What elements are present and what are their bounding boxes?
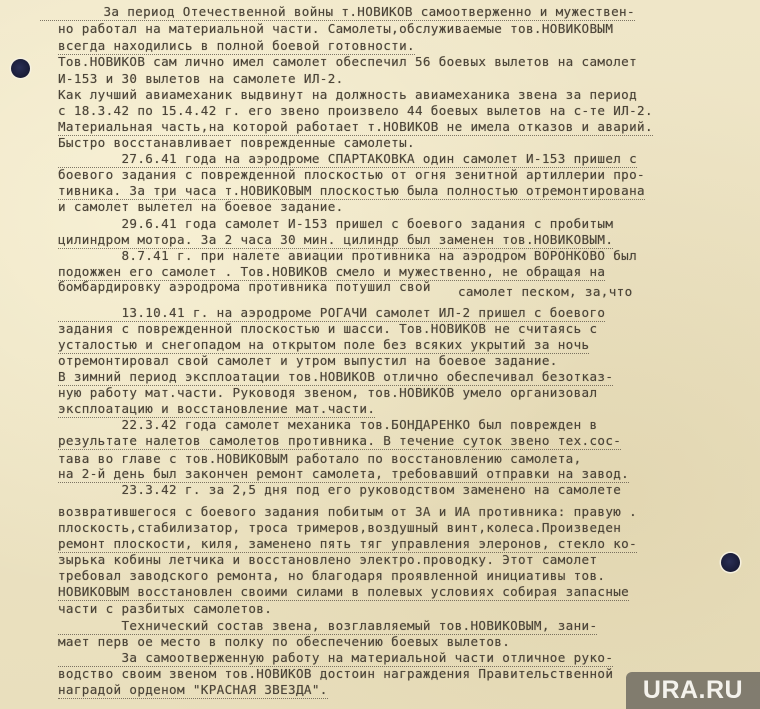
text-line: результате налетов самолетов противника.… bbox=[58, 433, 621, 450]
text-line: 13.10.41 г. на аэродроме РОГАЧИ самолет … bbox=[58, 305, 605, 322]
text-line: эксплоатацию и восстановление мат.части. bbox=[58, 401, 375, 418]
text-line: ную работу мат.части. Руководя звеном, т… bbox=[58, 385, 597, 401]
text-line: И-153 и 30 вылетов на самолете ИЛ-2. bbox=[58, 71, 344, 87]
text-line: 22.3.42 года самолет механика тов.БОНДАР… bbox=[58, 417, 597, 433]
text-line: задания с поврежденной плоскостью и шасс… bbox=[58, 321, 597, 337]
punch-hole-icon bbox=[11, 59, 30, 78]
text-line: с 18.3.42 по 15.4.42 г. его звено произв… bbox=[58, 103, 653, 119]
archival-document-page: За период Отечественной войны т.НОВИКОВ … bbox=[0, 0, 760, 709]
text-line: мает перв ое место в полку по обеспечени… bbox=[58, 634, 510, 650]
text-line: За самоотверженную работу на материально… bbox=[58, 650, 613, 667]
text-line: ремонт плоскости, киля, заменено пять тя… bbox=[58, 536, 637, 553]
text-line: водство своим звеном тов.НОВИКОВ достоин… bbox=[58, 666, 613, 682]
text-line: тава во главе с тов.НОВИКОВЫМ работало п… bbox=[58, 451, 582, 467]
punch-hole-icon bbox=[721, 553, 740, 572]
text-line: бомбардировку аэродрома противника потуш… bbox=[58, 279, 431, 295]
text-line: Быстро восстанавливает поврежденные само… bbox=[58, 135, 415, 151]
text-line: боевого задания с поврежденной плоскость… bbox=[58, 167, 645, 183]
text-line: НОВИКОВЫМ восстановлен своими силами в п… bbox=[58, 584, 629, 601]
text-line: на 2-й день был закончен ремонт самолета… bbox=[58, 466, 629, 483]
text-line: 8.7.41 г. при налете авиации противника … bbox=[58, 248, 637, 264]
text-line: За период Отечественной войны т.НОВИКОВ … bbox=[40, 4, 635, 21]
text-line: 29.6.41 года самолет И-153 пришел с боев… bbox=[58, 216, 613, 232]
text-line: наградой орденом "КРАСНАЯ ЗВЕЗДА". bbox=[58, 682, 328, 699]
text-line: 27.6.41 года на аэродроме СПАРТАКОВКА од… bbox=[58, 151, 637, 168]
text-line: В зимний период эксплоатации тов.НОВИКОВ… bbox=[58, 369, 613, 386]
text-line: и самолет вылетел на боевое задание. bbox=[58, 199, 344, 215]
text-line: усталостью и снегопадом на открытом поле… bbox=[58, 337, 589, 354]
text-line: цилиндром мотора. За 2 часа 30 мин. цили… bbox=[58, 232, 613, 249]
text-line: плоскость,стабилизатор, троса тримеров,в… bbox=[58, 520, 621, 536]
text-line: тивника. За три часа т.НОВИКОВЫМ плоскос… bbox=[58, 183, 645, 200]
text-line: самолет песком, за,что bbox=[458, 284, 633, 300]
text-line: отремонтировал свой самолет и утром выпу… bbox=[58, 353, 558, 369]
text-line: части с разбитых самолетов. bbox=[58, 601, 272, 617]
ura-ru-watermark: URA.RU bbox=[626, 672, 760, 709]
text-line: Тов.НОВИКОВ сам лично имел самолет обесп… bbox=[58, 54, 637, 70]
text-line: возвратившегося с боевого задания побиты… bbox=[58, 504, 637, 520]
watermark-label: URA.RU bbox=[643, 676, 743, 705]
text-line: 23.3.42 г. за 2,5 дня под его руководств… bbox=[58, 482, 621, 498]
text-line: Как лучший авиамеханик выдвинут на должн… bbox=[58, 87, 637, 103]
text-line: всегда находились в полной боевой готовн… bbox=[58, 38, 415, 55]
text-line: Материальная часть,на которой работает т… bbox=[58, 119, 653, 136]
text-line: но работал на материальной части. Самоле… bbox=[58, 21, 613, 37]
text-line: зырька кобины летчика и восстановлено эл… bbox=[58, 552, 597, 568]
text-line: Технический состав звена, возглавляемый … bbox=[58, 618, 597, 635]
text-line: требовал заводского ремонта, но благодар… bbox=[58, 568, 605, 584]
